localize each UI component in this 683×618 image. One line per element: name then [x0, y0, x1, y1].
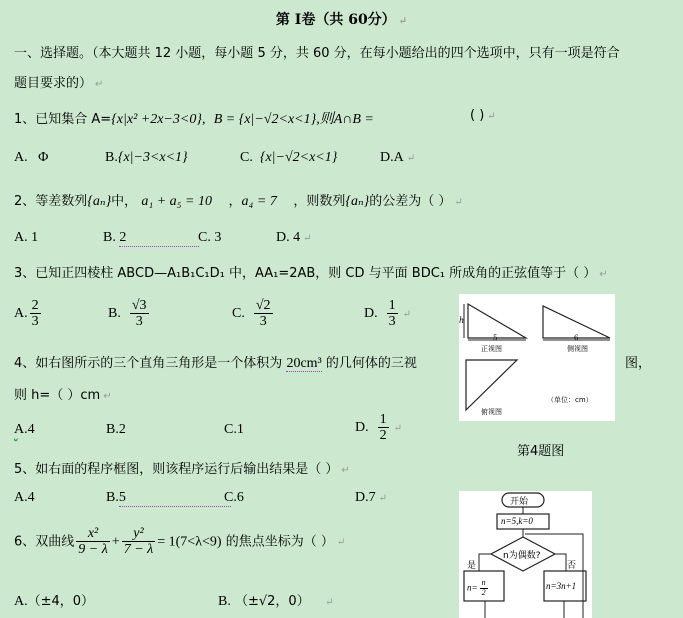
flow-yes: 是	[467, 558, 476, 571]
option-label: A.	[14, 490, 28, 505]
q1-blank: ( )↵	[470, 108, 496, 123]
option-value: {x|−√2<x<1}	[260, 150, 338, 165]
q4-text-end: 的几何体的三视	[326, 356, 417, 371]
flow-no-branch: n=3n+1	[546, 581, 576, 591]
q4-stem-tail: 图，	[625, 352, 651, 371]
paragraph-mark: ↵	[599, 269, 607, 280]
question-4-stem-line1: 4、如右图所示的三个直角三角形是一个体积为 20cm³ 的几何体的三视	[14, 352, 417, 372]
q1-option-a: A. Φ	[14, 150, 48, 166]
q4-number: 4、	[14, 356, 35, 371]
option-label: B.	[218, 594, 231, 609]
option-label: C.	[232, 306, 245, 321]
option-label: C.	[198, 230, 211, 245]
option-value: 2	[119, 230, 199, 247]
q1-option-b: B.{x|−3<x<1}	[105, 150, 188, 166]
q5-number: 5、	[14, 462, 35, 477]
question-2-stem: 2、等差数列{aₙ}中， a₁ + a₅ = 10 ，a₄ = 7 ，则数列{a…	[14, 190, 463, 210]
q4-text-line2: 则 h=（ ）cm	[14, 388, 100, 403]
q6-option-b: B. （±√2，0） ↵	[218, 590, 334, 610]
paragraph-mark: ↵	[487, 111, 495, 122]
paragraph-mark: ↵	[95, 79, 103, 90]
q3-number: 3、	[14, 266, 35, 281]
q4-option-c: C.1	[224, 422, 244, 438]
answer-blank: ( )	[470, 108, 484, 123]
q2-prefix: 等差数列	[35, 194, 87, 209]
flow-start: 开始	[510, 494, 528, 507]
q2-option-c: C. 3	[198, 230, 221, 246]
unit-note: （单位：cm）	[547, 395, 593, 405]
option-label: B.	[108, 306, 121, 321]
q2-seq-2: {aₙ}	[345, 194, 369, 209]
option-label: A.	[14, 594, 28, 609]
option-label: D.	[276, 230, 290, 245]
option-label: A.	[14, 422, 28, 437]
q2-cond1: a₁ + a₅ = 10	[141, 194, 212, 209]
page-title: 第 I卷（共 60分）↵	[0, 9, 683, 29]
section-intro-line1: 一、选择题。（本大题共 12 小题，每小题 5 分，共 60 分，在每小题给出的…	[14, 42, 620, 61]
denominator: 7 − λ	[122, 542, 156, 557]
q4-option-a: A.4	[14, 422, 35, 438]
q1-sep: ,	[202, 112, 206, 127]
front-base-label: 5	[493, 334, 497, 342]
q1-suffix: ,则A∩B =	[316, 112, 374, 127]
q5-option-b: B.5	[106, 490, 231, 507]
side-view-label: 侧视图	[567, 344, 588, 354]
denominator: 9 − λ	[76, 542, 110, 557]
denominator: 3	[387, 314, 398, 329]
question-5-stem: 5、如右面的程序框图，则该程序运行后输出结果是（ ）↵	[14, 458, 350, 477]
option-label: D.	[364, 306, 378, 321]
height-label: h	[459, 316, 464, 325]
option-value: 1	[31, 230, 38, 245]
q4-three-view-figure: h 5 6 正视图 侧视图 俯视图 （单位：cm）	[459, 294, 615, 421]
option-value: 4	[293, 230, 300, 245]
numerator: 1	[378, 412, 389, 428]
q1-option-d: D.A↵	[380, 150, 415, 166]
q1-set-a: {x|x² +2x−3<0}	[111, 112, 202, 127]
q5-option-a: A.4	[14, 490, 35, 506]
option-value: 4	[28, 490, 35, 505]
option-value: 4	[28, 422, 35, 437]
option-value: 1	[237, 422, 244, 437]
q4-option-d: D. 12↵	[355, 412, 402, 444]
q6-number: 6、	[14, 534, 35, 549]
numerator: √2	[254, 298, 273, 314]
denominator: 3	[130, 314, 149, 329]
paragraph-mark: ↵	[325, 597, 333, 608]
q3-option-a: A.23	[14, 298, 43, 330]
option-value: {x|−3<x<1}	[118, 150, 188, 165]
option-value: （±√2，0）	[235, 594, 310, 609]
denominator: 2	[378, 428, 389, 443]
option-label: A.	[14, 230, 28, 245]
q2-option-b: B. 2	[103, 230, 199, 247]
q6-prefix: 双曲线	[35, 534, 74, 549]
option-label: D.	[355, 420, 369, 435]
option-label: C.	[240, 150, 253, 165]
q3-option-b: B. √33	[108, 298, 151, 330]
denominator: 3	[254, 314, 273, 329]
side-base-label: 6	[574, 334, 578, 342]
q3-option-d: D. 13↵	[364, 298, 411, 330]
numerator: 1	[387, 298, 398, 314]
paragraph-mark: ↵	[341, 465, 349, 476]
front-view-label: 正视图	[481, 344, 502, 354]
q2-seq: {aₙ}	[87, 194, 111, 209]
option-value: 5	[119, 490, 231, 507]
paragraph-mark: ↵	[454, 197, 462, 208]
option-value: 6	[237, 490, 244, 505]
option-label: B.	[106, 490, 119, 505]
q6-option-a: A.（±4，0）	[14, 590, 94, 610]
flow-no: 否	[567, 558, 576, 571]
option-label: C.	[224, 422, 237, 437]
flow-decision: n为偶数?	[503, 548, 540, 561]
q2-option-a: A. 1	[14, 230, 38, 246]
question-6-stem: 6、双曲线x²9 − λ+y²7 − λ= 1(7<λ<9) 的焦点坐标为（ ）…	[14, 526, 345, 558]
option-value: 3	[214, 230, 221, 245]
paragraph-mark: ↵	[103, 391, 111, 402]
option-label: C.	[224, 490, 237, 505]
q5-option-c: C.6	[224, 490, 244, 506]
q5-text: 如右面的程序框图，则该程序运行后输出结果是（ ）	[35, 462, 338, 477]
q6-suffix: 的焦点坐标为（ ）	[226, 534, 334, 549]
top-view-label: 俯视图	[481, 407, 502, 417]
q5-flowchart: 开始 n=5,k=0 n为偶数? 是 否 n=n2 n=3n+1	[459, 491, 592, 618]
option-value: 7	[369, 490, 376, 505]
option-label: B.	[106, 422, 119, 437]
q4-text: 如右图所示的三个直角三角形是一个体积为	[35, 356, 282, 371]
numerator: √3	[130, 298, 149, 314]
paragraph-mark: ↵	[337, 537, 345, 548]
option-label: D.	[355, 490, 369, 505]
flow-yes-branch: n=n2	[467, 579, 490, 598]
numerator: y²	[122, 526, 156, 542]
q4-volume: 20cm³	[286, 356, 321, 372]
option-value: Φ	[38, 150, 48, 165]
paragraph-mark: ↵	[399, 16, 407, 27]
q5-option-d: D.7↵	[355, 490, 387, 506]
denominator: 3	[30, 314, 41, 329]
q2-cond2: a₄ = 7	[242, 194, 277, 209]
q2-suffix: 的公差为（ ）	[369, 194, 451, 209]
option-value: A	[394, 150, 404, 165]
option-value: （±4，0）	[28, 594, 94, 609]
q2-mid2: ，则数列	[293, 194, 345, 209]
q1-set-b: B = {x|−√2<x<1}	[214, 112, 317, 127]
plus-sign: +	[112, 534, 120, 549]
intro-text: 题目要求的）	[14, 76, 92, 91]
question-4-stem-line2: 则 h=（ ）cm↵	[14, 384, 112, 403]
q2-mid: 中，	[111, 194, 137, 209]
q3-option-c: C. √23	[232, 298, 275, 330]
flow-init: n=5,k=0	[501, 516, 533, 526]
q6-equation: = 1(7<λ<9)	[157, 534, 221, 549]
numerator: x²	[76, 526, 110, 542]
question-1-stem: 1、已知集合 A={x|x² +2x−3<0}, B = {x|−√2<x<1}…	[14, 108, 374, 128]
option-label: D.	[380, 150, 394, 165]
option-label: B.	[103, 230, 116, 245]
option-label: A.	[14, 306, 28, 321]
q4-options-row	[14, 422, 364, 438]
q2-number: 2、	[14, 194, 35, 209]
option-label: B.	[105, 150, 118, 165]
paragraph-mark: ↵	[394, 423, 402, 434]
denominator: 2	[480, 589, 488, 598]
numerator: 2	[30, 298, 41, 314]
q1-number: 1、	[14, 112, 35, 127]
section-intro-line2: 题目要求的）↵	[14, 72, 103, 91]
paragraph-mark: ↵	[403, 309, 411, 320]
q4-option-b: B.2	[106, 422, 126, 438]
q1-option-c: C. {x|−√2<x<1}	[240, 150, 337, 166]
question-3-stem: 3、已知正四棱柱 ABCD—A₁B₁C₁D₁ 中，AA₁=2AB，则 CD 与平…	[14, 262, 608, 281]
q2-option-d: D. 4↵	[276, 230, 312, 246]
paragraph-mark: ↵	[303, 233, 311, 244]
paragraph-mark: ↵	[407, 153, 415, 164]
option-value: 2	[119, 422, 126, 437]
option-label: A.	[14, 150, 28, 165]
q3-text: 已知正四棱柱 ABCD—A₁B₁C₁D₁ 中，AA₁=2AB，则 CD 与平面 …	[35, 266, 596, 281]
q1-prefix: 已知集合 A=	[35, 112, 111, 127]
paragraph-mark: ↵	[379, 493, 387, 504]
q4-figure-caption: 第4题图	[517, 440, 564, 459]
title-text: 第 I卷（共 60分）	[276, 12, 396, 28]
